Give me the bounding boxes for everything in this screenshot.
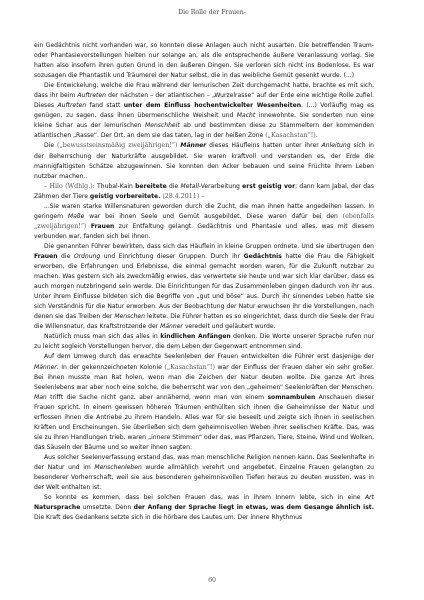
- emphasis-text: Anleitung: [322, 142, 351, 149]
- emphasis-text: („Kasachstan“!): [164, 364, 215, 371]
- emphasis-text: Frauen: [34, 253, 58, 260]
- text-run: .: [316, 132, 318, 139]
- paragraph: – Hilo (Wdhlg.): Thubal-Kain bereitete d…: [34, 182, 374, 202]
- emphasis-text: unter dem Einfluss hochentwickel­ter Wes…: [124, 102, 301, 109]
- emphasis-text: Man: [34, 394, 47, 401]
- emphasis-text: („Kasachstan“!): [265, 132, 316, 139]
- emphasis-text: kindlichen Anfängen: [160, 333, 231, 340]
- emphasis-text: Männer: [34, 364, 57, 371]
- text-run: dieses Häufleins hatten unter ihrer: [206, 142, 321, 149]
- emphasis-text: Auftreten: [57, 102, 86, 109]
- emphasis-text: Männer: [160, 323, 183, 330]
- text-run: Auf dem Umweg durch das erwachte Seelenl…: [44, 353, 374, 360]
- text-run: die: [167, 183, 181, 190]
- text-run: hatte die Frau die Fähigkeit erworben, d…: [34, 253, 374, 320]
- emphasis-text: Menschen: [114, 313, 145, 320]
- paragraph: Aus solcher Seelenverfassung erstand das…: [34, 453, 374, 493]
- emphasis-text: (28.4.2011) –: [162, 193, 204, 200]
- emphasis-text: somnambulen: [267, 394, 315, 401]
- page-number: 60: [0, 577, 424, 584]
- text-run: Die Kraft des Gedankens setzte sich in d…: [34, 514, 302, 521]
- text-run: die: [58, 253, 74, 260]
- text-run: Anschauen dieser Frauen spricht. In eine…: [34, 394, 374, 451]
- body-text: ein Gedächtnis nicht vorhanden war, so k…: [34, 41, 374, 523]
- emphasis-text: Ordnung: [74, 253, 100, 260]
- paragraph: ...Sie waren starke Willensnaturen gewor…: [34, 202, 374, 242]
- text-run: Die: [44, 142, 57, 149]
- emphasis-text: Männer: [180, 142, 206, 149]
- emphasis-text: erst geistig vor: [242, 183, 295, 190]
- paragraph: Die („bewusstseinsmäßig zweijährigen!“) …: [34, 141, 374, 181]
- document-page: Die Rolle der Frauen- ein Gedächtnis nic…: [0, 0, 424, 600]
- emphasis-text: bereitete: [135, 183, 167, 190]
- emphasis-text: geistig vorbereitete.: [90, 193, 160, 200]
- paragraph: Die Entwickelung, welche die Frau währen…: [34, 81, 374, 141]
- text-run: -Verarbeitung: [199, 183, 242, 190]
- emphasis-text: Maße: [68, 213, 84, 220]
- text-run: war bei ihnen Seele und Gemüt ausgebilde…: [84, 213, 342, 220]
- emphasis-text: – Hilo (Wdhlg.):: [44, 183, 95, 190]
- emphasis-text: („bewusstseinsmäßig zweijährigen!“): [57, 142, 177, 149]
- paragraph: ein Gedächtnis nicht vorhanden war, so k…: [34, 41, 374, 81]
- emphasis-text: Auftreten: [77, 92, 106, 99]
- text-run: veredelt und geläutert wurde.: [183, 323, 276, 330]
- text-run: ein Gedächtnis nicht vorhanden war, so k…: [34, 42, 374, 79]
- paragraph: So konnte es kommen, dass bei solchen Fr…: [34, 493, 374, 523]
- text-run: trifft die Sache nicht ganz, aber annähe…: [47, 394, 268, 401]
- emphasis-text: Macht: [237, 112, 255, 119]
- text-run: So konnte es kommen, dass bei solchen Fr…: [44, 494, 365, 501]
- emphasis-text: Metall: [181, 183, 199, 190]
- emphasis-text: der Anfang der Sprache liegt in etwas, w…: [134, 504, 374, 511]
- text-run: fand statt: [86, 102, 124, 109]
- text-run: Thubal-Kain: [95, 183, 135, 190]
- text-run: . In der gekennzeichneten Kolonie: [57, 364, 165, 371]
- running-header: Die Rolle der Frauen-: [0, 9, 424, 16]
- emphasis-text: Natursprache: [34, 504, 80, 511]
- text-run: Die genannten Führer bewirkten, dass sic…: [44, 243, 374, 250]
- emphasis-text: Menschheit: [145, 122, 180, 129]
- emphasis-text: Gedächtnis: [244, 253, 282, 260]
- emphasis-text: Art: [365, 494, 374, 501]
- paragraph: Auf dem Umweg durch das erwachte Seelenl…: [34, 352, 374, 452]
- text-run: umsetzte. Denn: [80, 504, 133, 511]
- text-run: Natürlich muss man sich das alles in: [44, 333, 160, 340]
- paragraph: Die genannten Führer bewirkten, dass sic…: [34, 242, 374, 332]
- paragraph: Natürlich muss man sich das alles in kin…: [34, 332, 374, 352]
- emphasis-text: Menschenleben: [94, 464, 141, 471]
- emphasis-text: Frauen: [91, 223, 115, 230]
- text-run: und Einrichtung dieser Gruppen. Durch ih…: [100, 253, 243, 260]
